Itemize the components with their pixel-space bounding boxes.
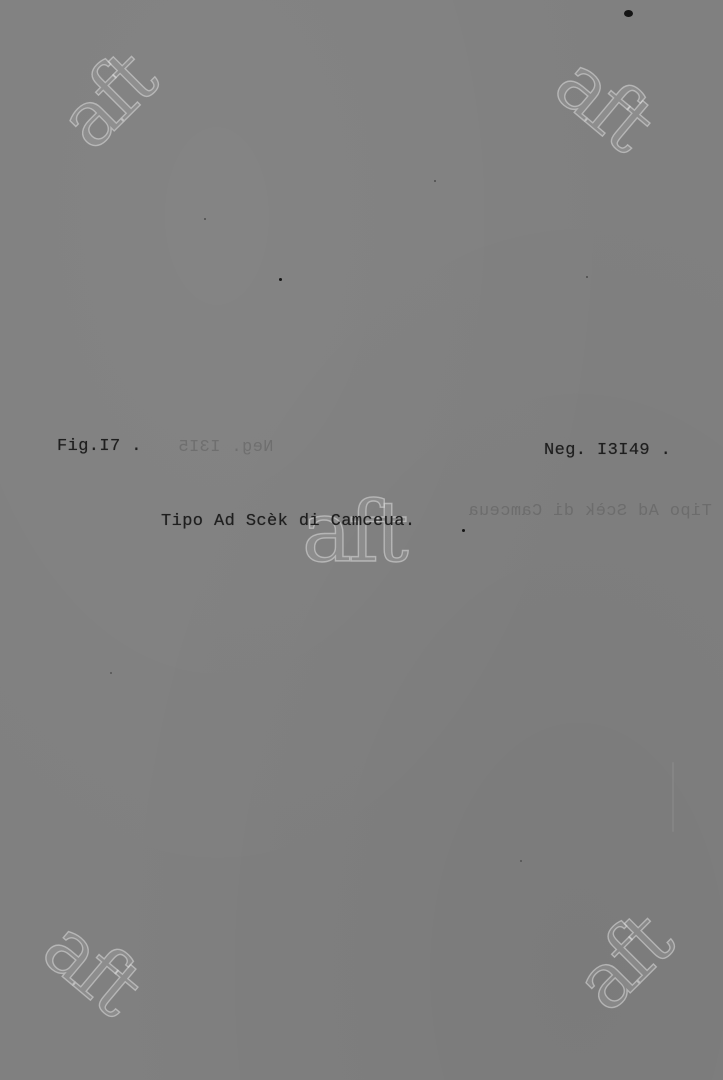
watermark-logo-bottom-left: aft — [30, 907, 153, 1028]
show-through-caption: Tipo Ad Scèk di Camceua — [468, 502, 712, 521]
dust-speck — [520, 860, 522, 862]
watermark-logo-bottom-right: aft — [562, 902, 684, 1024]
dust-speck — [462, 529, 465, 532]
figure-number: Fig.I7 . — [57, 437, 142, 456]
watermark-logo-top-left: aft — [46, 40, 168, 162]
watermark-logo-center: aft — [302, 490, 405, 574]
film-scratch — [672, 762, 674, 832]
figure-caption: Tipo Ad Scèk di Camceua. — [161, 512, 415, 531]
dust-speck — [586, 276, 588, 278]
dust-speck — [110, 672, 112, 674]
dust-speck — [204, 218, 206, 220]
dust-speck — [624, 10, 633, 17]
dust-speck — [434, 180, 436, 182]
show-through-negative: Neg. I3I5 — [178, 438, 273, 457]
dust-speck — [279, 278, 282, 281]
archival-card: Neg. I3I5 Tipo Ad Scèk di Camceua aft af… — [0, 0, 723, 1080]
watermark-logo-top-right: aft — [542, 43, 665, 164]
negative-number: Neg. I3I49 . — [544, 441, 671, 460]
